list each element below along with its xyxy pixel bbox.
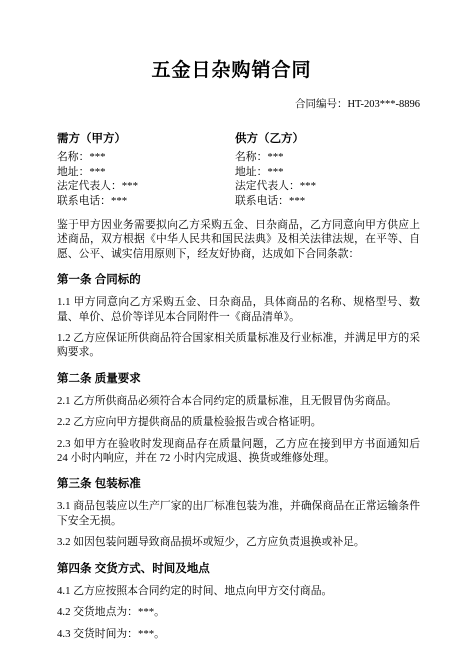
preamble-paragraph: 鉴于甲方因业务需要拟向乙方采购五金、日杂商品，乙方同意向甲方供应上述商品，双方根… [57, 218, 420, 261]
section-4-heading: 第四条 交货方式、时间及地点 [57, 562, 420, 577]
party-seller-heading: 供方（乙方） [235, 132, 413, 147]
contract-number-label: 合同编号： [295, 99, 348, 110]
clause-2-2: 2.2 乙方应向甲方提供商品的质量检验报告或合格证明。 [57, 415, 420, 429]
party-buyer-name: 名称：*** [57, 150, 235, 165]
clause-1-2: 1.2 乙方应保证所供商品符合国家相关质量标准及行业标准，并满足甲方的采购要求。 [57, 331, 420, 360]
party-seller-legal-rep: 法定代表人：*** [235, 179, 413, 194]
parties-block: 需方（甲方） 名称：*** 地址：*** 法定代表人：*** 联系电话：*** … [57, 132, 420, 208]
contract-document-page: 五金日杂购销合同 合同编号：HT-203***-8896 需方（甲方） 名称：*… [0, 0, 463, 655]
clause-1-1: 1.1 甲方同意向乙方采购五金、日杂商品，具体商品的名称、规格型号、数量、单价、… [57, 295, 420, 324]
clause-4-1: 4.1 乙方应按照本合同约定的时间、地点向甲方交付商品。 [57, 584, 420, 598]
party-buyer-address: 地址：*** [57, 165, 235, 180]
page-title: 五金日杂购销合同 [57, 60, 406, 82]
section-1-heading: 第一条 合同标的 [57, 273, 420, 288]
clause-3-2: 3.2 如因包装问题导致商品损坏或短少，乙方应负责退换或补足。 [57, 535, 420, 549]
clause-4-3: 4.3 交货时间为：***。 [57, 627, 420, 641]
contract-number-line: 合同编号：HT-203***-8896 [57, 98, 420, 111]
party-seller: 供方（乙方） 名称：*** 地址：*** 法定代表人：*** 联系电话：*** [235, 132, 413, 208]
clause-3-1: 3.1 商品包装应以生产厂家的出厂标准包装为准，并确保商品在正常运输条件下安全无… [57, 499, 420, 528]
party-seller-name: 名称：*** [235, 150, 413, 165]
clause-2-3: 2.3 如甲方在验收时发现商品存在质量问题，乙方应在接到甲方书面通知后 24 小… [57, 437, 420, 466]
party-buyer-legal-rep: 法定代表人：*** [57, 179, 235, 194]
section-3-heading: 第三条 包装标准 [57, 477, 420, 492]
clause-2-1: 2.1 乙方所供商品必须符合本合同约定的质量标准，且无假冒伪劣商品。 [57, 394, 420, 408]
section-2-heading: 第二条 质量要求 [57, 372, 420, 387]
party-buyer-phone: 联系电话：*** [57, 194, 235, 209]
contract-number-value: HT-203***-8896 [347, 99, 420, 110]
party-seller-phone: 联系电话：*** [235, 194, 413, 209]
party-seller-address: 地址：*** [235, 165, 413, 180]
party-buyer-heading: 需方（甲方） [57, 132, 235, 147]
party-buyer: 需方（甲方） 名称：*** 地址：*** 法定代表人：*** 联系电话：*** [57, 132, 235, 208]
clause-4-2: 4.2 交货地点为：***。 [57, 605, 420, 619]
